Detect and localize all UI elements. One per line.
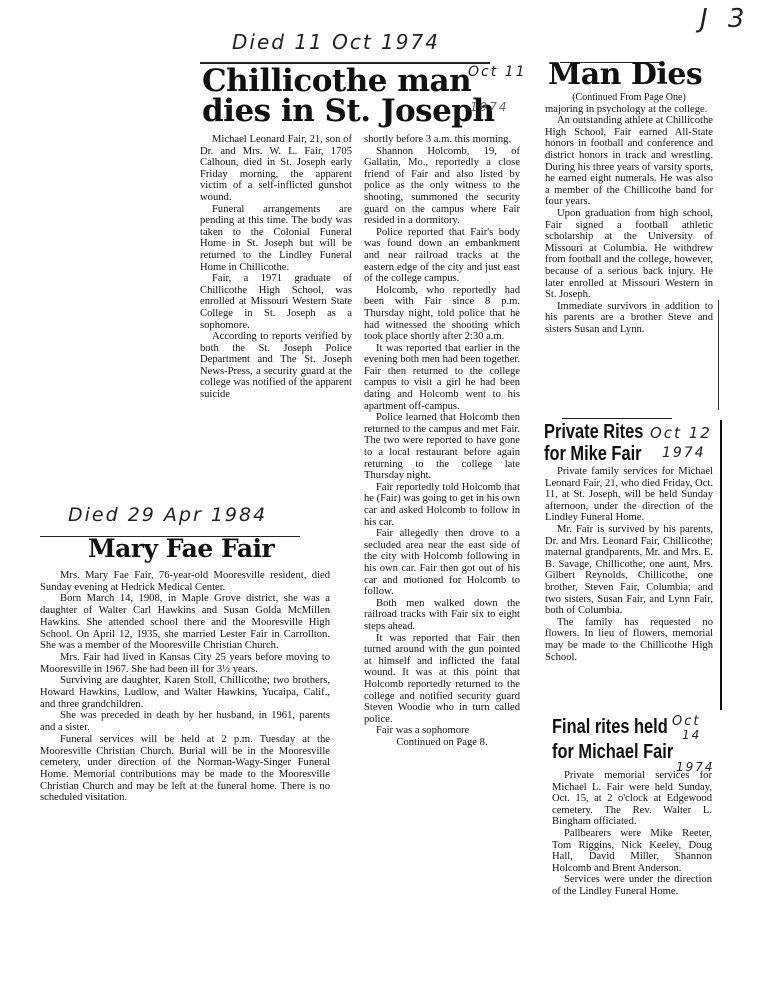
paragraph: Michael Leonard Fair, 21, son of Dr. and…: [200, 134, 352, 204]
headline-top-rule: [562, 418, 672, 419]
column-edge: [720, 420, 722, 710]
handwritten-side-year: 1974: [470, 100, 509, 114]
paragraph: Fair, a 1971 graduate of Chillicothe Hig…: [200, 273, 352, 331]
paragraph: Mrs. Fair had lived in Kansas City 25 ye…: [40, 652, 330, 675]
paragraph: Surviving are daughter, Karen Stoll, Chi…: [40, 675, 330, 710]
handwritten-date: Oct 12: [650, 424, 712, 442]
paragraph: Immediate survivors in addition to his p…: [545, 301, 713, 336]
article-column-2: shortly before 3 a.m. this morning. Shan…: [364, 134, 520, 748]
paragraph: Fair was a sophomore: [364, 725, 520, 737]
handwritten-month: Oct: [672, 714, 700, 729]
handwritten-side-note: Oct 11: [468, 64, 526, 80]
handwritten-year: 1974: [662, 445, 706, 461]
headline-line-1: Private Rites: [544, 422, 643, 443]
paragraph: majoring in psychology at the college.: [545, 104, 713, 116]
headline-line-1: Final rites held: [552, 717, 668, 738]
column-edge: [718, 300, 719, 410]
paragraph: Private family services for Michael Leon…: [545, 466, 713, 524]
article-column: Private memorial services for Michael L.…: [552, 770, 712, 898]
headline-line-2: dies in St. Joseph: [202, 96, 495, 127]
headline: Man Dies: [548, 60, 702, 90]
page-annotation: J 3: [700, 4, 750, 34]
paragraph: Funeral services will be held at 2 p.m. …: [40, 734, 330, 804]
continued-note: Continued on Page 8.: [364, 737, 520, 749]
article-body: Mrs. Mary Fae Fair, 76-year-old Mooresvi…: [40, 570, 330, 804]
paragraph: Upon graduation from high school, Fair s…: [545, 208, 713, 301]
headline: Mary Fae Fair: [88, 536, 274, 561]
paragraph: The family has requested no flowers. In …: [545, 617, 713, 663]
paragraph: Fair reportedly told Holcomb that he (Fa…: [364, 482, 520, 528]
headline-line-2: for Michael Fair: [552, 742, 673, 763]
continued-from: (Continued From Page One): [545, 92, 713, 104]
paragraph: Fair allegedly then drove to a secluded …: [364, 528, 520, 598]
article-column: Private family services for Michael Leon…: [545, 466, 713, 663]
paragraph: It was reported that Fair then turned ar…: [364, 633, 520, 726]
paragraph: Police learned that Holcomb then returne…: [364, 412, 520, 482]
paragraph: Pallbearers were Mike Reeter, Tom Riggin…: [552, 828, 712, 874]
paragraph: Private memorial services for Michael L.…: [552, 770, 712, 828]
paragraph: According to reports verified by both th…: [200, 331, 352, 401]
paragraph: It was reported that earlier in the even…: [364, 343, 520, 413]
paragraph: Born March 14, 1908, in Maple Grove dist…: [40, 593, 330, 652]
paragraph: Mr. Fair is survived by his parents, Dr.…: [545, 524, 713, 617]
paragraph: Police reported that Fair's body was fou…: [364, 227, 520, 285]
handwritten-death-date: Died 11 Oct 1974: [232, 30, 440, 54]
article-column: (Continued From Page One) majoring in ps…: [545, 92, 713, 335]
paragraph: She was preceded in death by her husband…: [40, 710, 330, 733]
handwritten-day: 14: [682, 728, 701, 742]
paragraph: Mrs. Mary Fae Fair, 76-year-old Mooresvi…: [40, 570, 330, 593]
handwritten-death-date: Died 29 Apr 1984: [68, 504, 267, 526]
paragraph: An outstanding athlete at Chillicothe Hi…: [545, 115, 713, 208]
paragraph: shortly before 3 a.m. this morning.: [364, 134, 520, 146]
paragraph: Holcomb, who reportedly had been with Fa…: [364, 285, 520, 343]
paragraph: Funeral arrangements are pending at this…: [200, 204, 352, 274]
headline-line-2: for Mike Fair: [544, 444, 642, 465]
paragraph: Shannon Holcomb, 19, of Gallatin, Mo., r…: [364, 146, 520, 227]
article-column-1: Michael Leonard Fair, 21, son of Dr. and…: [200, 134, 352, 401]
paragraph: Services were under the direction of the…: [552, 874, 712, 897]
paragraph: Both men walked down the railroad tracks…: [364, 598, 520, 633]
